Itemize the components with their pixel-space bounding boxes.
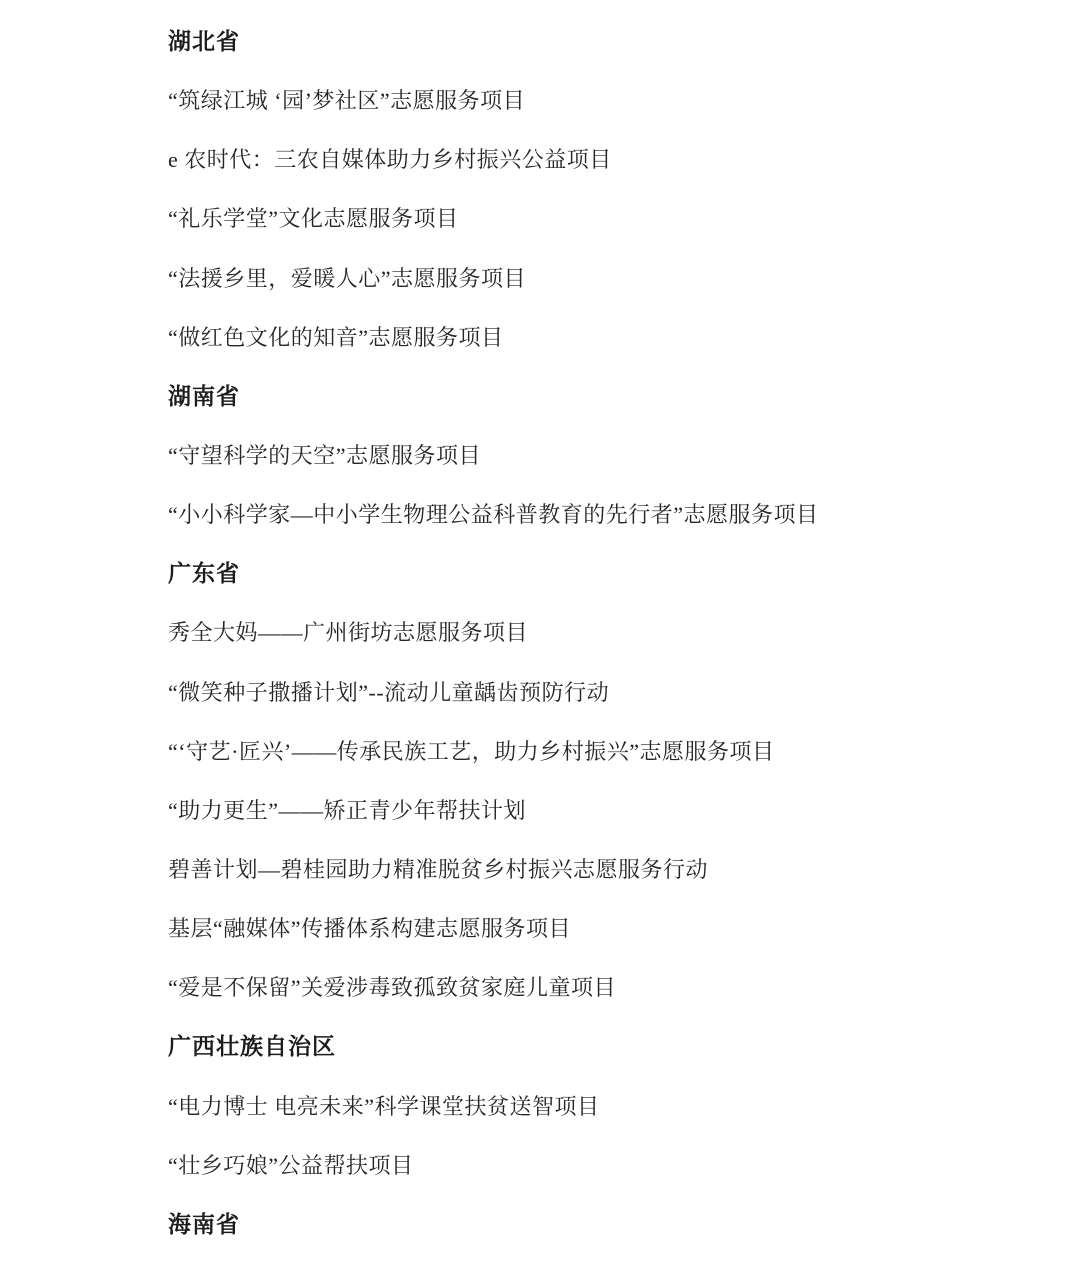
project-item: “做红色文化的知音”志愿服务项目 — [168, 308, 1020, 367]
project-item: e 农时代：三农自媒体助力乡村振兴公益项目 — [168, 130, 1020, 189]
project-item: “小小科学家—中小学生物理公益科普教育的先行者”志愿服务项目 — [168, 485, 1020, 544]
section-heading-hubei: 湖北省 — [168, 12, 1020, 71]
project-item: “爱是不保留”关爱涉毒致孤致贫家庭儿童项目 — [168, 958, 1020, 1017]
project-item: “助力更生”——矫正青少年帮扶计划 — [168, 781, 1020, 840]
section-heading-guangdong: 广东省 — [168, 544, 1020, 603]
project-item: “法援乡里，爱暖人心”志愿服务项目 — [168, 249, 1020, 308]
project-item: 碧善计划—碧桂园助力精准脱贫乡村振兴志愿服务行动 — [168, 840, 1020, 899]
section-heading-guangxi: 广西壮族自治区 — [168, 1017, 1020, 1076]
project-item: “电力博士 电亮未来”科学课堂扶贫送智项目 — [168, 1077, 1020, 1136]
project-item: 基层“融媒体”传播体系构建志愿服务项目 — [168, 899, 1020, 958]
section-heading-hunan: 湖南省 — [168, 367, 1020, 426]
project-item: “壮乡巧娘”公益帮扶项目 — [168, 1136, 1020, 1195]
project-item: 秀全大妈——广州街坊志愿服务项目 — [168, 603, 1020, 662]
section-heading-hainan: 海南省 — [168, 1195, 1020, 1254]
project-item: “守望科学的天空”志愿服务项目 — [168, 426, 1020, 485]
document-page: 湖北省 “筑绿江城 ‘园’梦社区”志愿服务项目 e 农时代：三农自媒体助力乡村振… — [0, 0, 1080, 1264]
project-item: “礼乐学堂”文化志愿服务项目 — [168, 189, 1020, 248]
project-item: “‘守艺·匠兴’——传承民族工艺，助力乡村振兴”志愿服务项目 — [168, 722, 1020, 781]
project-item: “筑绿江城 ‘园’梦社区”志愿服务项目 — [168, 71, 1020, 130]
project-item: “微笑种子撒播计划”--流动儿童龋齿预防行动 — [168, 663, 1020, 722]
